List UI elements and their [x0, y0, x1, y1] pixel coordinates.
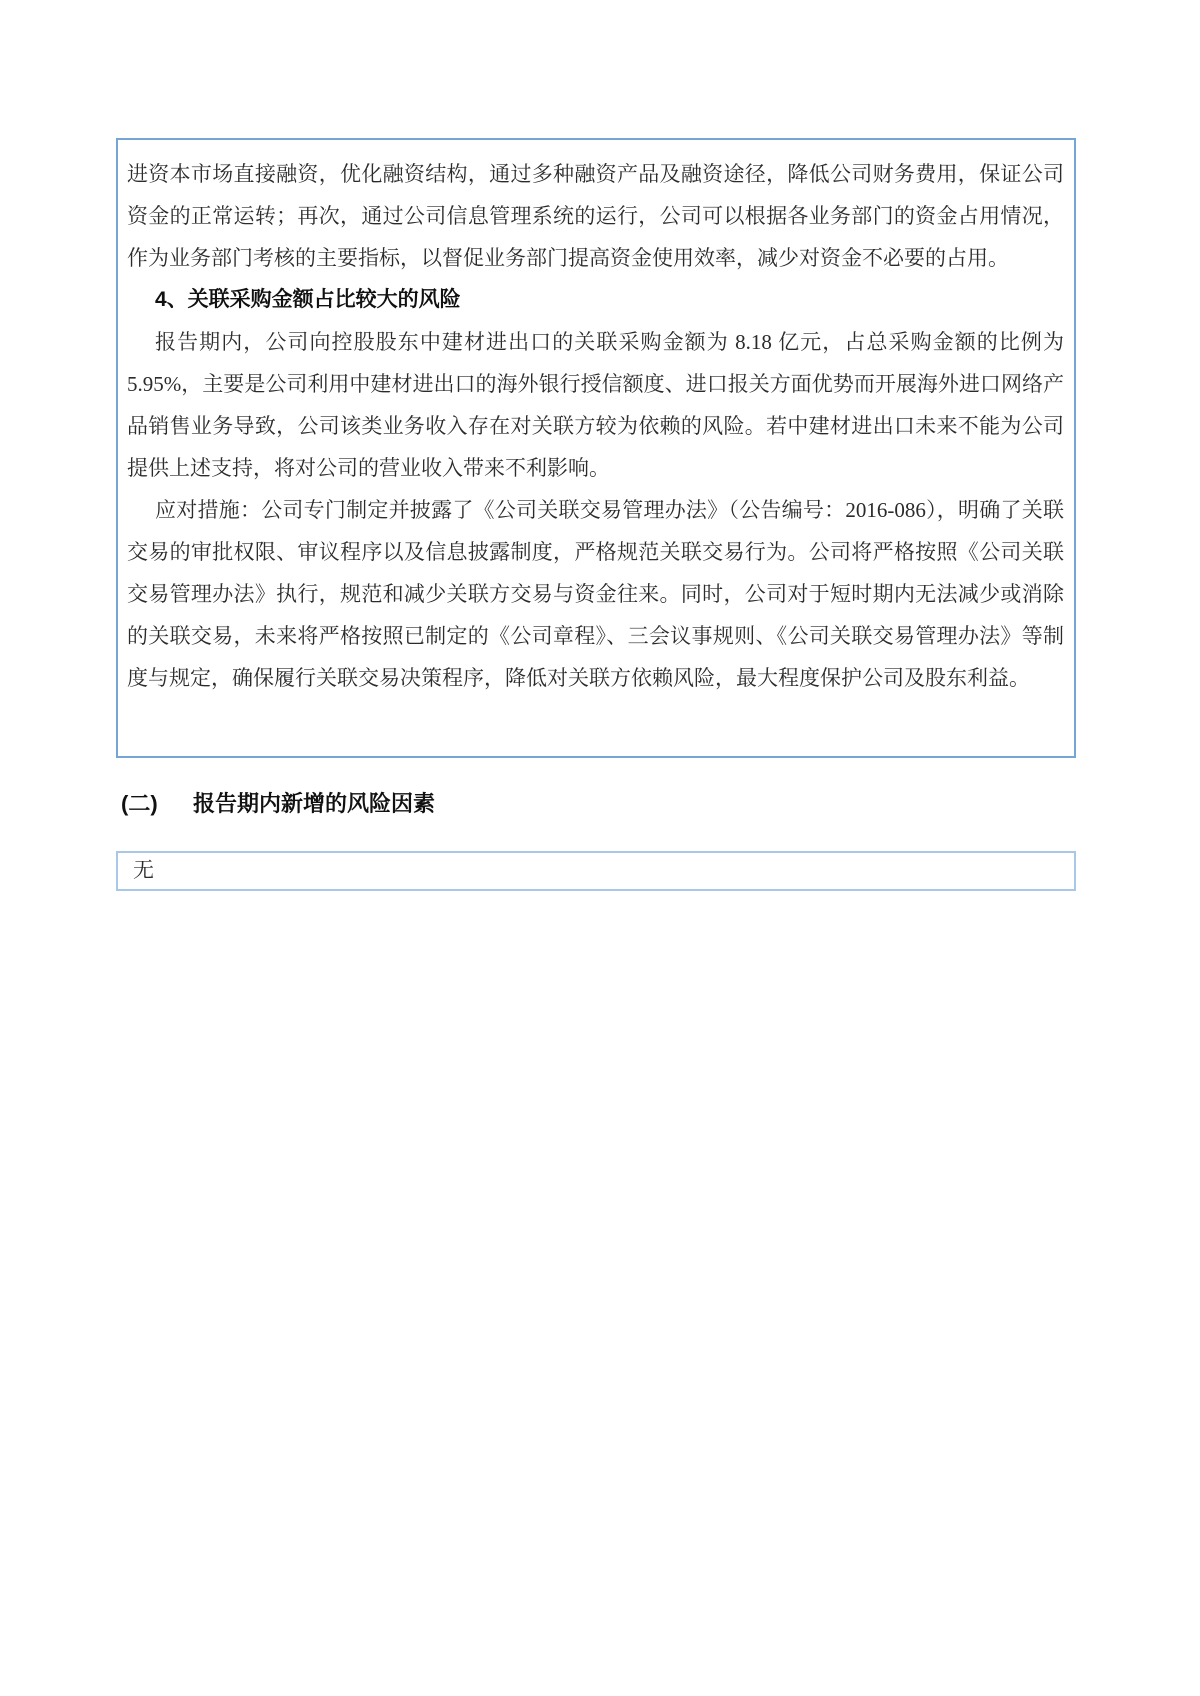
risk-factor-text-box: 进资本市场直接融资，优化融资结构，通过多种融资产品及融资途径，降低公司财务费用，…	[116, 138, 1076, 758]
paragraph-related-purchase-detail: 报告期内，公司向控股股东中建材进出口的关联采购金额为 8.18 亿元，占总采购金…	[127, 321, 1064, 489]
paragraph-financing-continuation: 进资本市场直接融资，优化融资结构，通过多种融资产品及融资途径，降低公司财务费用，…	[127, 153, 1064, 279]
section-heading-new-risks: (二) 报告期内新增的风险因素	[121, 789, 435, 819]
document-page: 进资本市场直接融资，优化融资结构，通过多种融资产品及融资途径，降低公司财务费用，…	[0, 0, 1200, 1696]
new-risk-content-text: 无	[133, 858, 154, 882]
section-number: (二)	[121, 789, 193, 819]
section-title: 报告期内新增的风险因素	[193, 789, 435, 819]
paragraph-countermeasures: 应对措施：公司专门制定并披露了《公司关联交易管理办法》（公告编号：2016-08…	[127, 489, 1064, 699]
subheading-related-purchase-risk: 4、关联采购金额占比较大的风险	[127, 279, 1064, 321]
new-risk-content-box: 无	[116, 851, 1076, 891]
